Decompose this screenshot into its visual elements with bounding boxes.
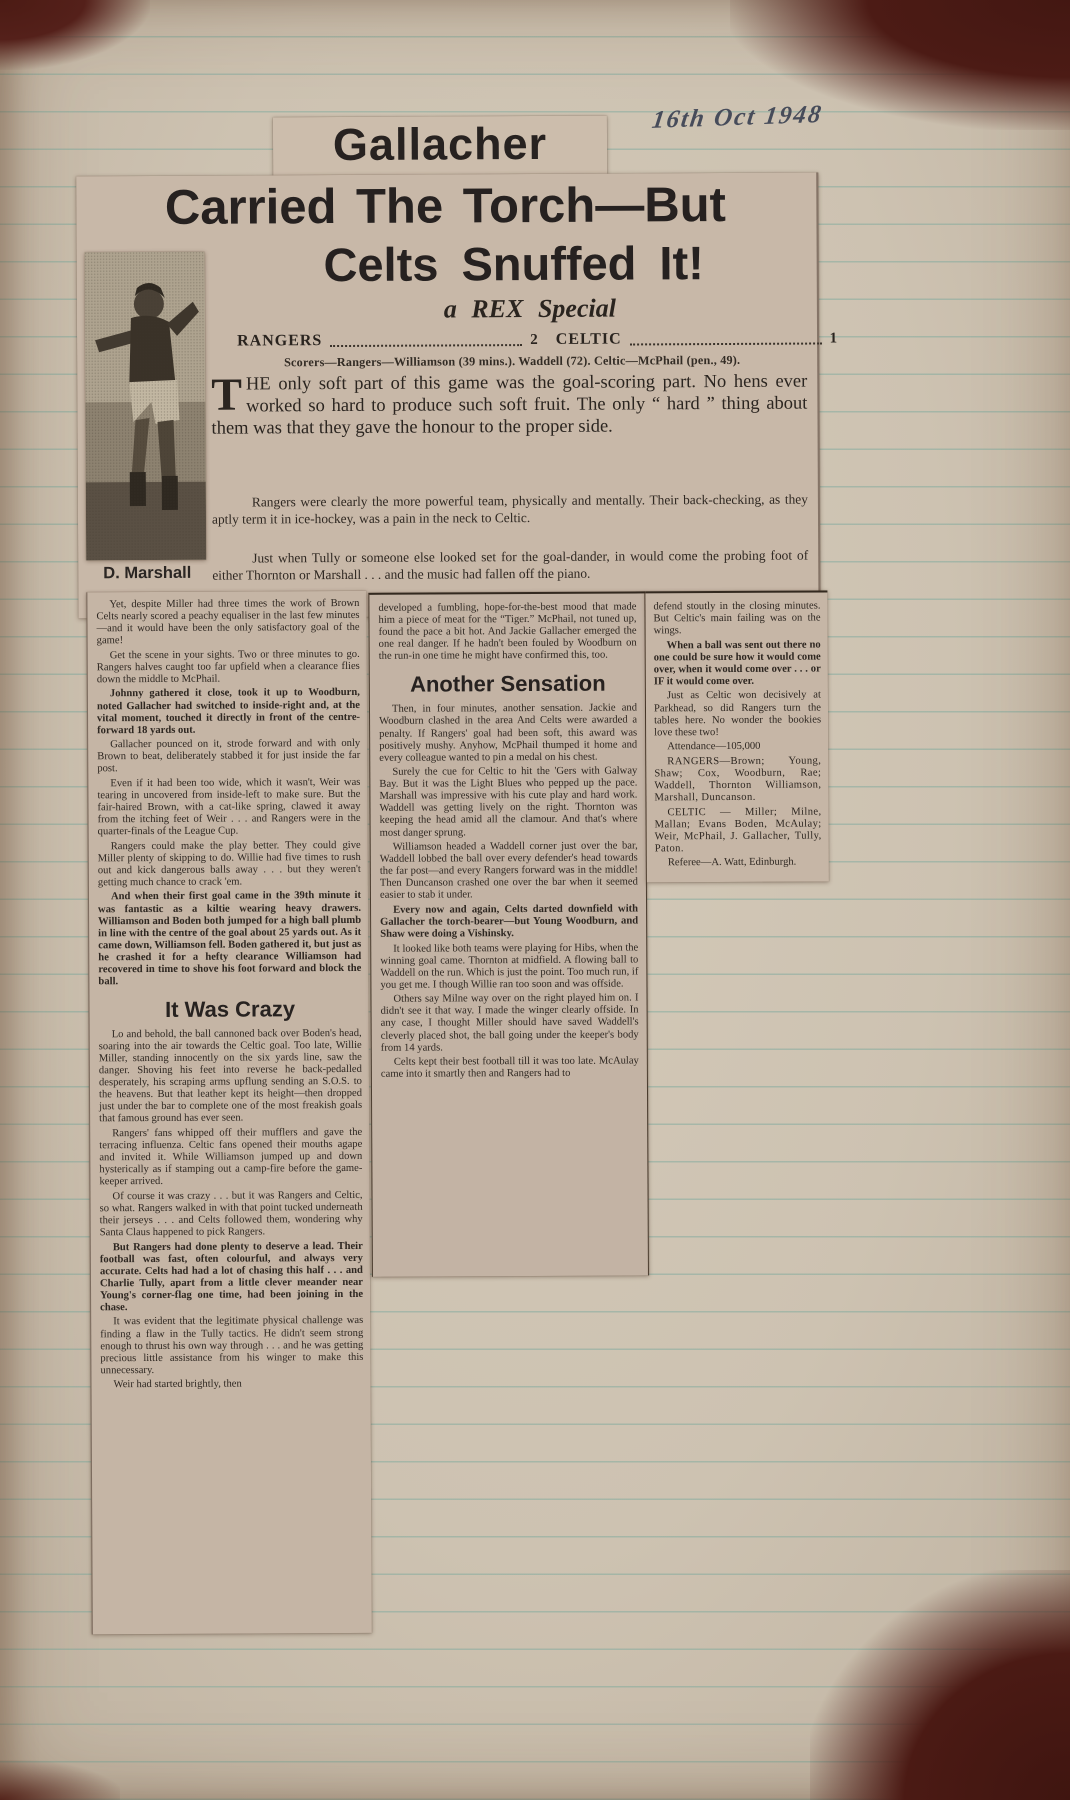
article-paragraph: developed a fumbling, hope-for-the-best … xyxy=(378,601,636,663)
home-team-score: 2 xyxy=(530,332,538,349)
scrapbook-page: 16th Oct 1948 Gallacher Carried The Torc… xyxy=(0,0,1070,1800)
home-team-name: RANGERS xyxy=(237,332,322,350)
attendance-line: Attendance—105,000 xyxy=(654,741,821,754)
article-paragraph: Rangers' fans whipped off their mufflers… xyxy=(99,1127,362,1189)
dot-leader xyxy=(630,341,822,345)
article-paragraph: It looked like both teams were playing f… xyxy=(380,942,638,992)
photo-caption: D. Marshall xyxy=(88,564,206,584)
article-paragraph: Get the scene in your sights. Two or thr… xyxy=(97,649,360,687)
rangers-lineup: RANGERS—Brown; Young, Shaw; Cox, Woodbur… xyxy=(654,755,821,804)
lead-paragraph: THE only soft part of this game was the … xyxy=(211,371,807,441)
article-paragraph: It was evident that the legitimate physi… xyxy=(100,1315,363,1377)
referee-line: Referee—A. Watt, Edinburgh. xyxy=(655,857,822,870)
article-paragraph: Rangers could make the play better. They… xyxy=(98,840,361,890)
column-left: Yet, despite Miller had three times the … xyxy=(86,591,371,1634)
scorers-line: Scorers—Rangers—Williamson (39 mins.). W… xyxy=(219,353,805,371)
player-photo-image xyxy=(85,252,207,561)
headline-kicker: Gallacher xyxy=(273,118,607,172)
score-line: RANGERS 2 CELTIC 1 xyxy=(237,329,837,350)
player-photo xyxy=(85,252,207,561)
article-paragraph: Yet, despite Miller had three times the … xyxy=(96,598,359,648)
dot-leader xyxy=(330,343,522,347)
article-paragraph: Others say Milne way over on the right p… xyxy=(380,993,638,1055)
article-paragraph: Weir had started brightly, then xyxy=(101,1378,364,1391)
article-paragraph: Johnny gathered it close, took it up to … xyxy=(97,687,360,737)
article-paragraph: Surely the cue for Celtic to hit the 'Ge… xyxy=(379,766,637,840)
column-middle: developed a fumbling, hope-for-the-best … xyxy=(368,591,649,1276)
article-paragraph: Even if it had been too wide, which it w… xyxy=(97,777,360,839)
article-paragraph: Then, in four minutes, another sensation… xyxy=(379,703,637,765)
article-paragraph: Of course it was crazy . . . but it was … xyxy=(100,1190,363,1240)
article-paragraph: When a ball was sent out there no one co… xyxy=(654,639,821,688)
lead-text: HE only soft part of this game was the g… xyxy=(211,372,807,439)
byline: a REX Special xyxy=(295,293,765,325)
article-paragraph: Just as Celtic won decisively at Parkhea… xyxy=(654,690,821,739)
article-paragraph: Celts kept their best football till it w… xyxy=(381,1056,639,1081)
intro-paragraph: Rangers were clearly the more powerful t… xyxy=(212,491,808,529)
article-paragraph: Gallacher pounced on it, strode forward … xyxy=(97,738,360,776)
subheading-another-sensation: Another Sensation xyxy=(379,671,637,697)
article-paragraph: And when their first goal came in the 39… xyxy=(98,890,362,988)
article-paragraph: But Rangers had done plenty to deserve a… xyxy=(100,1240,363,1314)
drop-cap: T xyxy=(211,374,246,414)
celtic-lineup: CELTIC — Miller; Milne, Mallan; Evans Bo… xyxy=(655,806,822,855)
away-team-name: CELTIC xyxy=(556,331,622,349)
article-paragraph: Lo and behold, the ball cannoned back ov… xyxy=(99,1028,363,1126)
away-team-score: 1 xyxy=(830,330,838,347)
headline-line-2: Carried The Torch—But xyxy=(88,177,802,237)
headline-line-3: Celts Snuffed It! xyxy=(225,235,803,293)
intro-paragraph: Just when Tully or someone else looked s… xyxy=(212,547,808,585)
subheading-it-was-crazy: It Was Crazy xyxy=(99,996,362,1022)
column-right: defend stoutly in the closing minutes. B… xyxy=(645,590,829,882)
newspaper-clipping: Gallacher Carried The Torch—But Celts Sn… xyxy=(0,0,1070,1800)
headline-kicker-clipping: Gallacher xyxy=(273,116,607,178)
article-paragraph: defend stoutly in the closing minutes. B… xyxy=(653,601,820,638)
article-paragraph: Williamson headed a Waddell corner just … xyxy=(380,841,638,903)
article-paragraph: Every now and again, Celts darted downfi… xyxy=(380,903,638,941)
